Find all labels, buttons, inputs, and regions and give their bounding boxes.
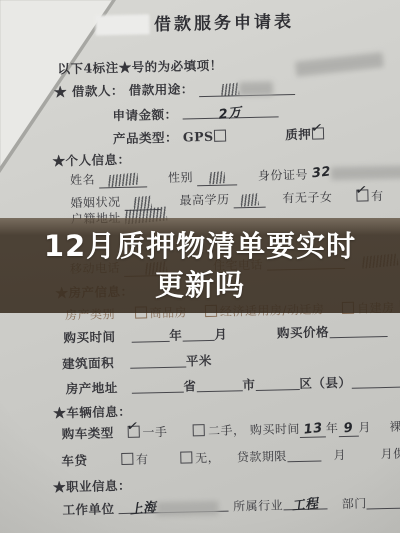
district-unit: 区（县）: [299, 375, 351, 391]
personal-info-header-text: 个人信息：: [65, 152, 130, 168]
province-field: [131, 379, 183, 394]
second-hand-label: 二手，: [208, 423, 246, 438]
city-unit: 市: [242, 377, 255, 392]
loan-yes-label: 有: [136, 452, 149, 466]
required-star-icon: ★: [52, 153, 65, 168]
marital-label: 婚姻状况: [70, 195, 120, 210]
amount-row: 申请金额： 2万: [112, 102, 278, 124]
purpose-handwriting-scribble: [220, 83, 239, 97]
car-buy-month-field: 9: [338, 423, 358, 437]
caption-line-2: 更新吗: [155, 266, 245, 305]
purpose-redacted-blob: [238, 81, 272, 96]
job-info-header-text: 职业信息：: [66, 478, 131, 494]
vehicle-info-header: ★车辆信息：: [53, 402, 131, 422]
building-area-field: [130, 354, 186, 369]
education-field: [234, 194, 266, 209]
district-field: [255, 376, 299, 391]
property-price-label: 购买价格: [277, 324, 329, 340]
purpose-field: [198, 81, 294, 97]
province-unit: 省: [183, 378, 196, 393]
children-yes-checkbox-icon: ✓: [356, 189, 368, 201]
amount-field: 2万: [182, 103, 278, 119]
department-label: 部门: [342, 496, 367, 511]
required-star-icon: ★: [54, 84, 67, 99]
amount-handwriting: 2万: [218, 101, 243, 122]
car-buy-year-field: 13: [300, 423, 326, 438]
id-number-handwriting: 32: [311, 164, 332, 181]
personal-info-header: ★个人信息：: [52, 150, 130, 170]
second-hand-checkbox-icon: [193, 424, 205, 436]
job-row: 工作单位 上海 所属行业工程 部门 职位员工: [62, 491, 400, 518]
pledge-checkbox-icon: ✓: [312, 127, 324, 139]
name-field: [99, 173, 147, 188]
name-handwriting-scribble: [108, 173, 139, 188]
required-star-icon: ★: [53, 405, 66, 420]
property-address-label: 房产地址: [66, 380, 118, 396]
city-field: [196, 377, 242, 392]
year-unit: 年: [169, 328, 182, 343]
month-unit: 月: [214, 327, 227, 342]
industry-handwriting: 工程: [291, 492, 320, 514]
loan-term-label: 贷款期限: [237, 449, 287, 464]
id-number-redacted-blob: [331, 165, 400, 180]
borrower-row: ★ 借款人： 借款用途：: [54, 77, 295, 100]
education-label: 最高学历: [179, 192, 229, 207]
loan-no-label: 无，: [195, 451, 220, 466]
industry-field: 工程: [283, 495, 327, 510]
product-type-label: 产品类型：: [113, 130, 178, 146]
pledge-option-label: 质押: [285, 127, 311, 143]
pledge-check-icon: ✓: [310, 120, 325, 138]
children-yes-check-icon: ✓: [354, 182, 369, 200]
redacted-company-name-blob: [95, 14, 149, 35]
gps-checkbox-icon: [214, 130, 226, 142]
car-loan-row: 车贷 有 无， 贷款期限 月 月供金额: [61, 442, 400, 469]
first-hand-checkbox-icon: ✓: [127, 426, 139, 438]
district-name-field: [351, 374, 400, 389]
form-photo: 借款服务申请表 以下4标注★号的为必填项！ ★ 借款人： 借款用途： 申请金额：…: [0, 0, 400, 533]
purpose-label: 借款用途：: [129, 81, 194, 97]
property-buy-year-field: [131, 328, 169, 343]
caption-line-1: 12月质押物清单要实时: [44, 227, 356, 266]
gps-option-label: GPS: [183, 129, 214, 145]
company-redacted-blob: [156, 501, 218, 516]
car-year-unit: 年: [326, 421, 339, 435]
loan-term-unit: 月: [333, 448, 346, 462]
name-label: 姓名: [70, 173, 95, 188]
loan-no-checkbox-icon: [180, 451, 192, 463]
loan-yes-checkbox-icon: [121, 453, 133, 465]
form-title-row: 借款服务申请表: [0, 5, 395, 39]
amount-label: 申请金额：: [112, 107, 177, 123]
first-hand-label: 一手: [142, 425, 167, 440]
car-buy-month-handwriting: 9: [343, 420, 354, 436]
company-label: 工作单位: [62, 501, 114, 517]
car-buy-time-label: 购买时间: [250, 422, 300, 437]
required-note: 以下4标注★号的为必填项！: [57, 56, 223, 78]
required-star-icon: ★: [53, 479, 66, 494]
first-hand-check-icon: ✓: [125, 418, 140, 436]
form-title: 借款服务申请表: [154, 12, 294, 35]
car-month-unit: 月: [358, 420, 371, 434]
property-buy-time-row: 购买时间 年月 购买价格: [63, 321, 387, 346]
sqm-unit: 平米: [186, 353, 212, 369]
property-price-field: [329, 323, 387, 338]
property-address-row: 房产地址 省市区（县）: [66, 372, 400, 398]
product-type-row: 产品类型： GPS 质押✓: [113, 124, 328, 147]
vehicle-info-header-text: 车辆信息：: [66, 404, 131, 420]
car-price-label: 裸车价格: [389, 419, 400, 434]
loan-term-field: [287, 447, 321, 462]
company-field: 上海: [119, 498, 229, 514]
redacted-handwriting-blob-top-right: [295, 52, 384, 77]
property-buy-time-label: 购买时间: [63, 329, 115, 345]
car-loan-label: 车贷: [61, 453, 87, 469]
borrower-label: 借款人：: [72, 83, 124, 99]
children-yes-label: 有: [371, 189, 384, 203]
building-area-row: 建筑面积 平米: [62, 351, 212, 372]
id-number-label: 身份证号: [258, 168, 308, 183]
gender-handwriting-scribble: [209, 171, 226, 184]
company-handwriting: 上海: [128, 496, 157, 518]
children-label: 有无子女: [282, 190, 332, 205]
industry-label: 所属行业: [233, 498, 283, 513]
car-type-label: 购车类型: [62, 425, 114, 441]
gender-field: [197, 171, 237, 186]
caption-banner: 12月质押物清单要实时 更新吗: [0, 218, 400, 313]
gender-label: 性别: [168, 170, 193, 185]
monthly-payment-label: 月供金额: [381, 446, 400, 461]
education-handwriting-scribble: [240, 193, 259, 207]
building-area-label: 建筑面积: [62, 355, 114, 371]
job-info-header: ★职业信息：: [53, 476, 131, 496]
required-note-text: 以下4标注★号的为必填项！: [57, 58, 223, 77]
car-buy-year-handwriting: 13: [303, 421, 324, 438]
property-buy-month-field: [182, 327, 214, 342]
department-field: [367, 495, 400, 510]
